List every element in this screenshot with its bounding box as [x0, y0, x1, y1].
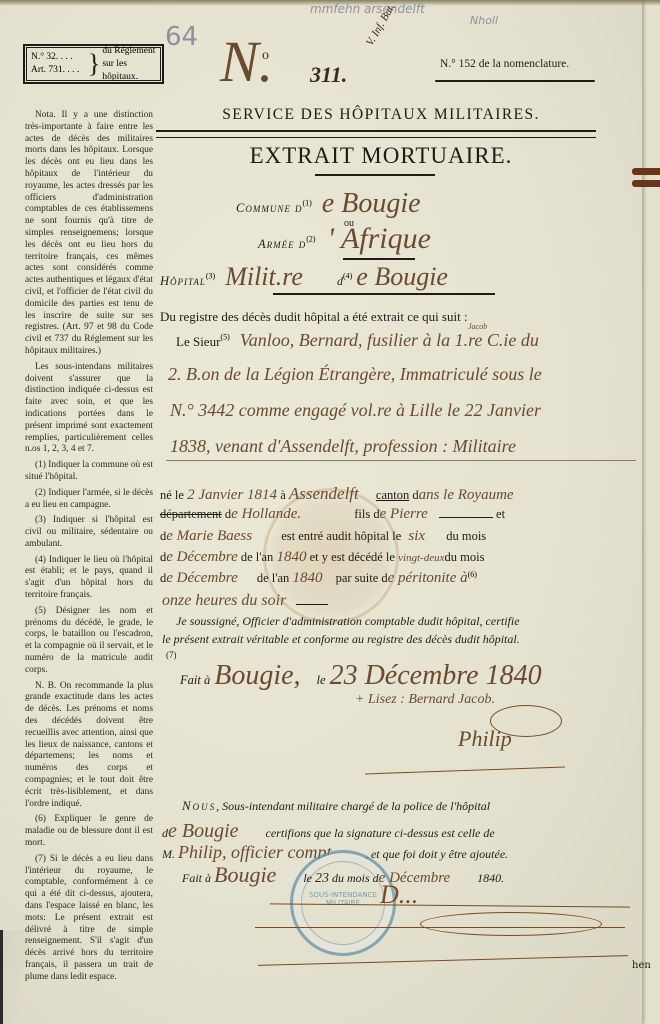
deceased-line-4: 1838, venant d'Assendelft, profession : …	[170, 436, 516, 457]
cause-line-2: onze heures du soir	[162, 592, 328, 610]
entered-day: six	[408, 528, 425, 544]
commune-value: e Bougie	[322, 188, 421, 219]
sieur-label: Le Sieur	[176, 334, 220, 349]
nomenclature-number: N.° 152 de la nomenclature.	[440, 58, 569, 70]
nomenclature-rule	[435, 80, 595, 82]
wax-seal-mark-top	[632, 168, 660, 175]
intendant-fait-le: le	[303, 871, 312, 885]
ref-6: (6)	[468, 570, 477, 579]
birth-field: né le 2 Janvier 1814 à Assendelft canton…	[160, 484, 514, 504]
departement-label: département	[160, 507, 222, 521]
record-number: 311.	[310, 62, 347, 88]
note-nota: Nota. Il y a une distinction très-import…	[25, 110, 153, 358]
intendant-line-2: de Bougie certifions que la signature ci…	[162, 820, 495, 843]
father-blank	[439, 517, 493, 518]
du-mois-label: du mois	[446, 529, 486, 543]
ref-2: (2)	[306, 235, 315, 244]
pencil-page-number: 64	[165, 22, 198, 52]
reg-subtitle: sur les hôpitaux.	[102, 58, 156, 84]
intendant-line-1: Nous, Sous-intendant militaire chargé de…	[182, 798, 490, 814]
note-sous-intendans: Les sous-intendans militaires doivent s'…	[25, 362, 153, 456]
entered-month-field: de Décembre de l'an 1840 et y est décédé…	[160, 549, 484, 566]
armee-label: Armée d	[258, 237, 306, 251]
intendant-fait-field: Fait à Bougie le 23 du mois de Décembre …	[182, 862, 504, 888]
intendant-fait-year: 1840.	[477, 871, 504, 885]
mother-name: e Marie Baess	[166, 528, 252, 544]
cause-label: par suite d	[336, 571, 388, 585]
sidebar-notes: Nota. Il y a une distinction très-import…	[25, 110, 153, 988]
pencil-annotation-top: mmfehn arsendelft	[310, 2, 425, 16]
name-correction-annotation: + Lisez : Bernard Jacob.	[355, 692, 495, 708]
brace-icon: }	[88, 51, 100, 77]
hopital-place-value: e Bougie	[356, 262, 448, 291]
canton-label: canton	[376, 488, 409, 502]
note-nb: N. B. On recommande la plus grande exact…	[25, 681, 153, 811]
commune-label: Commune d	[236, 201, 302, 215]
wax-seal-mark-bottom	[632, 180, 660, 187]
intendant-fait-label: Fait à	[182, 871, 211, 885]
fait-place: Bougie,	[214, 660, 300, 691]
signature-flourish-loop	[490, 705, 562, 737]
birth-date: 2 Janvier 1814	[187, 487, 277, 503]
fait-le: le	[317, 673, 326, 687]
born-label: né le	[160, 488, 184, 502]
born-a: à	[280, 488, 286, 502]
note-5: (5) Désigner les nom et prénoms du décéd…	[25, 606, 153, 677]
department-field: département de Hollande. fils de Pierre …	[160, 506, 505, 523]
de-lan-label: de l'an	[241, 550, 273, 564]
title-rule	[315, 174, 435, 176]
canton-value: ans le Royaume	[419, 487, 514, 503]
ref-5: (5)	[220, 333, 229, 342]
commune-field: Commune d(1) e Bougie	[236, 188, 421, 220]
title-double-rule	[156, 130, 596, 138]
hopital-label: Hôpital	[160, 274, 206, 288]
pencil-annotation-sub: Nholl	[470, 14, 498, 27]
intendant-fait-day: 23	[315, 871, 329, 886]
intendant-fait-place: Bougie	[214, 862, 276, 887]
deceased-year: 1840	[292, 570, 322, 586]
name-insertion: Jacob	[468, 322, 487, 331]
hopital-rule	[273, 293, 495, 295]
certification-line-2: le présent extrait véritable et conforme…	[162, 632, 520, 647]
hopital-type-value: Milit.re	[225, 262, 303, 291]
deceased-name-field: Le Sieur(5) Vanloo, Bernard, fusilier à …	[176, 330, 539, 351]
deceased-day: vingt-deux	[398, 552, 444, 564]
officer-fait-field: Fait à Bougie, le 23 Décembre 1840	[180, 660, 542, 692]
hopital-field: Hôpital(3) Milit.re d(4) e Bougie	[160, 262, 448, 292]
intendant-signature-loop	[420, 912, 602, 936]
et-label: et	[496, 507, 505, 521]
fait-label: Fait à	[180, 673, 210, 687]
cause-value: e péritonite à	[388, 570, 468, 586]
ref-1: (1)	[302, 199, 311, 208]
note-4: (4) Indiquer le lieu où l'hôpital est ét…	[25, 555, 153, 602]
reg-number: N.° 32. . . .	[31, 51, 86, 64]
note-1: (1) Indiquer la commune où est situé l'h…	[25, 460, 153, 484]
birth-place: Assendelft	[289, 484, 359, 503]
intendant-signature-stroke	[255, 927, 625, 928]
intro-line: Du registre des décès dudit hôpital a ét…	[160, 304, 468, 327]
deceased-month-field: de Décembre de l'an 1840 par suite de pé…	[160, 570, 477, 587]
deceased-line-1: Vanloo, Bernard, fusilier à la 1.re C.ie…	[240, 330, 539, 350]
deceased-line-2: 2. B.on de la Légion Étrangère, Immatric…	[168, 364, 542, 385]
deceased-du-mois: du mois	[445, 550, 485, 564]
intendant-text-2: certifions que la signature ci-dessus es…	[266, 826, 495, 840]
cause-time: onze heures du soir	[162, 592, 286, 609]
departement-value: e Hollande.	[231, 506, 301, 522]
intendant-place: e Bougie	[168, 820, 239, 842]
intendant-signature: D...	[380, 880, 418, 910]
intendant-text-1: , Sous-intendant militaire chargé de la …	[216, 799, 490, 813]
mother-entry-field: de Marie Baess est entré audit hôpital l…	[160, 528, 486, 545]
fils-label: fils d	[354, 507, 379, 521]
deceased-de-lan: de l'an	[257, 571, 289, 585]
father-name: e Pierre	[380, 506, 428, 522]
entered-year: 1840	[276, 549, 306, 565]
intendant-du-mois: du mois d	[332, 871, 379, 885]
record-number-sup: o	[262, 48, 269, 64]
cause-blank	[296, 604, 328, 605]
ref-4: (4)	[343, 272, 352, 281]
reg-article: Art. 731. . . .	[31, 64, 86, 77]
deceased-line-3: N.° 3442 comme engagé vol.re à Lille le …	[170, 400, 541, 421]
reg-title: du Réglement	[102, 45, 156, 58]
intendant-text-3: , et que foi doit y être ajoutée.	[365, 847, 508, 861]
armee-field: Armée d(2) ' Afrique	[258, 222, 431, 256]
document-title: EXTRAIT MORTUAIRE.	[176, 143, 586, 169]
note-2: (2) Indiquer l'armée, si le décès a eu l…	[25, 488, 153, 512]
note-6: (6) Expliquer le genre de maladie ou de …	[25, 814, 153, 849]
deceased-month: e Décembre	[166, 570, 237, 586]
note-3: (3) Indiquer si l'hôpital est civil ou m…	[25, 515, 153, 550]
fait-date: 23 Décembre 1840	[330, 660, 542, 691]
entered-month: e Décembre	[166, 549, 237, 565]
ref-3: (3)	[206, 272, 215, 281]
note-7: (7) Si le décès a eu lieu dans l'intérie…	[25, 854, 153, 984]
service-title: SERVICE DES HÔPITAUX MILITAIRES.	[176, 106, 586, 124]
entered-label: est entré audit hôpital le	[281, 529, 401, 543]
underlying-page-text: hen	[632, 960, 651, 971]
deceased-label: et y est décédé le	[310, 550, 395, 564]
line-4-rule	[166, 460, 636, 461]
nous-label: Nous	[182, 798, 216, 813]
armee-value: ' Afrique	[328, 222, 431, 255]
regulation-reference-box: N.° 32. . . . Art. 731. . . . } du Régle…	[23, 44, 164, 84]
monsieur-label: M.	[162, 847, 175, 861]
certification-line-1: Je soussigné, Officier d'administration …	[176, 614, 520, 629]
armee-rule	[343, 258, 415, 260]
ref-7: (7)	[166, 650, 177, 660]
